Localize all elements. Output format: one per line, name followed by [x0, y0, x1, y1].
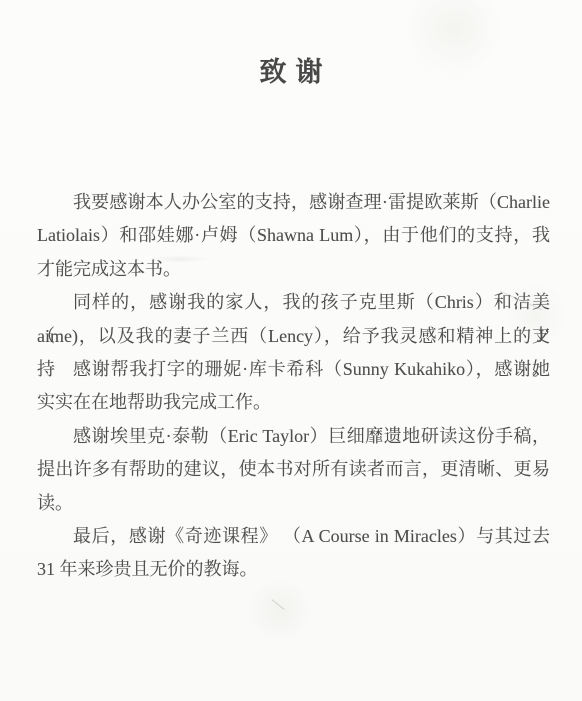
text-line: aime)，以及我的妻子兰西（Lency），给予我灵感和精神上的支持。: [37, 320, 550, 353]
text-line: 感谢埃里克·泰勒（Eric Taylor）巨细靡遗地研读这份手稿，: [37, 420, 550, 453]
text-line: 提出许多有帮助的建议，使本书对所有读者而言，更清晰、更易: [37, 453, 550, 486]
text-line: 31 年来珍贵且无价的教诲。: [37, 553, 550, 586]
text-line: 实实在在地帮助我完成工作。: [37, 386, 550, 419]
text-line: 最后，感谢《奇迹课程》 （A Course in Miracles）与其过去: [37, 520, 550, 553]
book-page: 致谢 我要感谢本人办公室的支持，感谢查理·雷提欧莱斯（Charlie Latio…: [0, 0, 582, 701]
scan-artifact: [271, 599, 284, 610]
text-line: 才能完成这本书。: [37, 253, 550, 286]
page-title: 致谢: [0, 50, 582, 89]
text-line: Latiolais）和邵娃娜·卢姆（Shawna Lum），由于他们的支持，我: [37, 219, 550, 252]
text-line: 我要感谢本人办公室的支持，感谢查理·雷提欧莱斯（Charlie: [37, 186, 550, 219]
text-line: 感谢帮我打字的珊妮·库卡希科（Sunny Kukahiko），感谢她: [37, 353, 550, 386]
text-line: 读。: [37, 487, 550, 520]
acknowledgments-text: 我要感谢本人办公室的支持，感谢查理·雷提欧莱斯（Charlie Latiolai…: [37, 186, 550, 587]
text-line: 同样的，感谢我的家人，我的孩子克里斯（Chris）和洁美（J’: [37, 286, 550, 319]
